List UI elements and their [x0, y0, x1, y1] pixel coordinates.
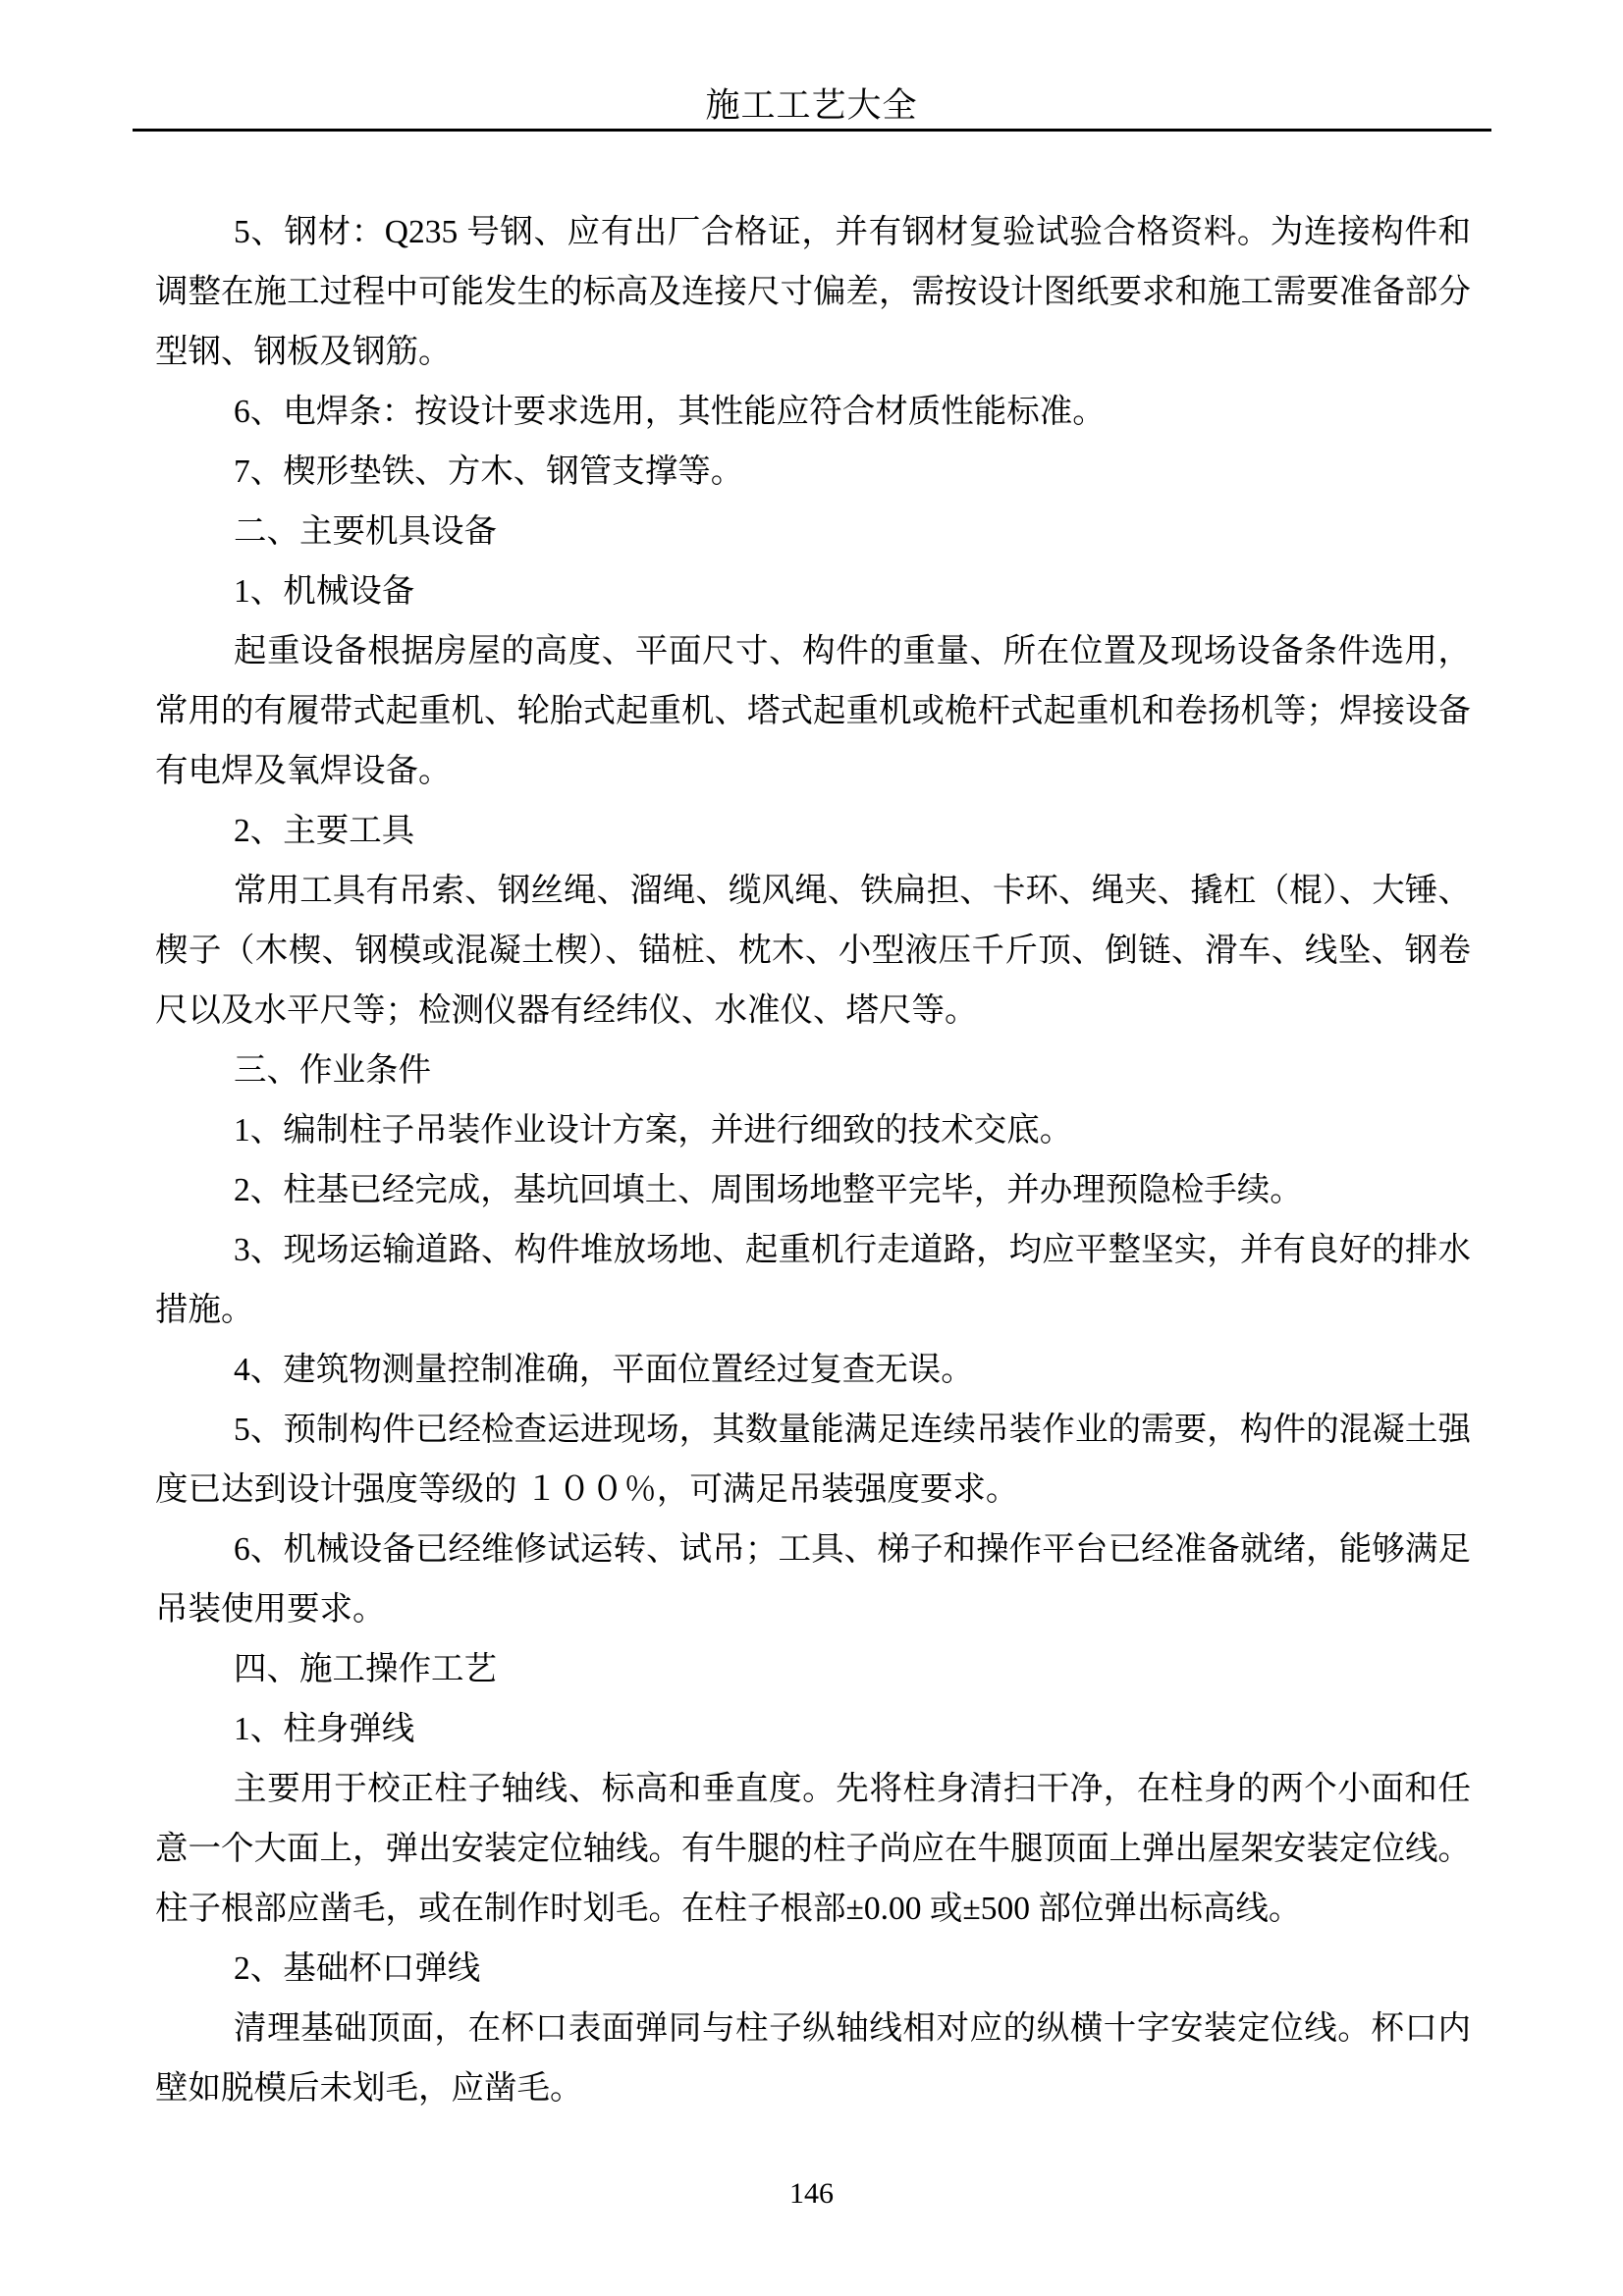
section-heading-3-conditions: 三、作业条件: [155, 1041, 1471, 1100]
paragraph-lifting-equipment: 起重设备根据房屋的高度、平面尺寸、构件的重量、所在位置及现场设备条件选用，常用的…: [155, 621, 1471, 801]
page-number: 146: [789, 2177, 834, 2210]
list-item-4-survey-control: 4、建筑物测量控制准确，平面位置经过复查无误。: [155, 1340, 1471, 1400]
list-item-2-column-base: 2、柱基已经完成，基坑回填土、周围场地整平完毕，并办理预隐检手续。: [155, 1160, 1471, 1220]
list-item-2-cup-snapline: 2、基础杯口弹线: [155, 1939, 1471, 1999]
section-heading-2-equipment: 二、主要机具设备: [155, 502, 1471, 561]
list-item-1-machinery: 1、机械设备: [155, 561, 1471, 621]
list-item-7-wedge-supports: 7、楔形垫铁、方木、钢管支撑等。: [155, 442, 1471, 502]
header-rule: [133, 129, 1491, 132]
list-item-1-hoisting-plan: 1、编制柱子吊装作业设计方案，并进行细致的技术交底。: [155, 1100, 1471, 1160]
paragraph-common-tools: 常用工具有吊索、钢丝绳、溜绳、缆风绳、铁扁担、卡环、绳夹、撬杠（棍）、大锤、楔子…: [155, 861, 1471, 1041]
section-heading-4-operation: 四、施工操作工艺: [155, 1639, 1471, 1699]
header-title: 施工工艺大全: [0, 86, 1623, 126]
list-item-3-site-roads: 3、现场运输道路、构件堆放场地、起重机行走道路，均应平整坚实，并有良好的排水措施…: [155, 1220, 1471, 1340]
list-item-1-column-snapline: 1、柱身弹线: [155, 1699, 1471, 1759]
document-body: 5、钢材：Q235 号钢、应有出厂合格证，并有钢材复验试验合格资料。为连接构件和…: [155, 202, 1471, 2118]
paragraph-column-snapline: 主要用于校正柱子轴线、标高和垂直度。先将柱身清扫干净，在柱身的两个小面和任意一个…: [155, 1759, 1471, 1939]
list-item-6-electrode: 6、电焊条：按设计要求选用，其性能应符合材质性能标准。: [155, 382, 1471, 442]
page-footer: 146: [0, 2177, 1623, 2211]
document-page: 施工工艺大全 5、钢材：Q235 号钢、应有出厂合格证，并有钢材复验试验合格资料…: [0, 0, 1623, 2296]
paragraph-cup-snapline: 清理基础顶面，在杯口表面弹同与柱子纵轴线相对应的纵横十字安装定位线。杯口内壁如脱…: [155, 1999, 1471, 2118]
list-item-5-precast-members: 5、预制构件已经检查运进现场，其数量能满足连续吊装作业的需要，构件的混凝土强度已…: [155, 1400, 1471, 1520]
list-item-5-steel: 5、钢材：Q235 号钢、应有出厂合格证，并有钢材复验试验合格资料。为连接构件和…: [155, 202, 1471, 382]
list-item-2-main-tools: 2、主要工具: [155, 801, 1471, 861]
list-item-6-equipment-ready: 6、机械设备已经维修试运转、试吊；工具、梯子和操作平台已经准备就绪，能够满足吊装…: [155, 1520, 1471, 1639]
